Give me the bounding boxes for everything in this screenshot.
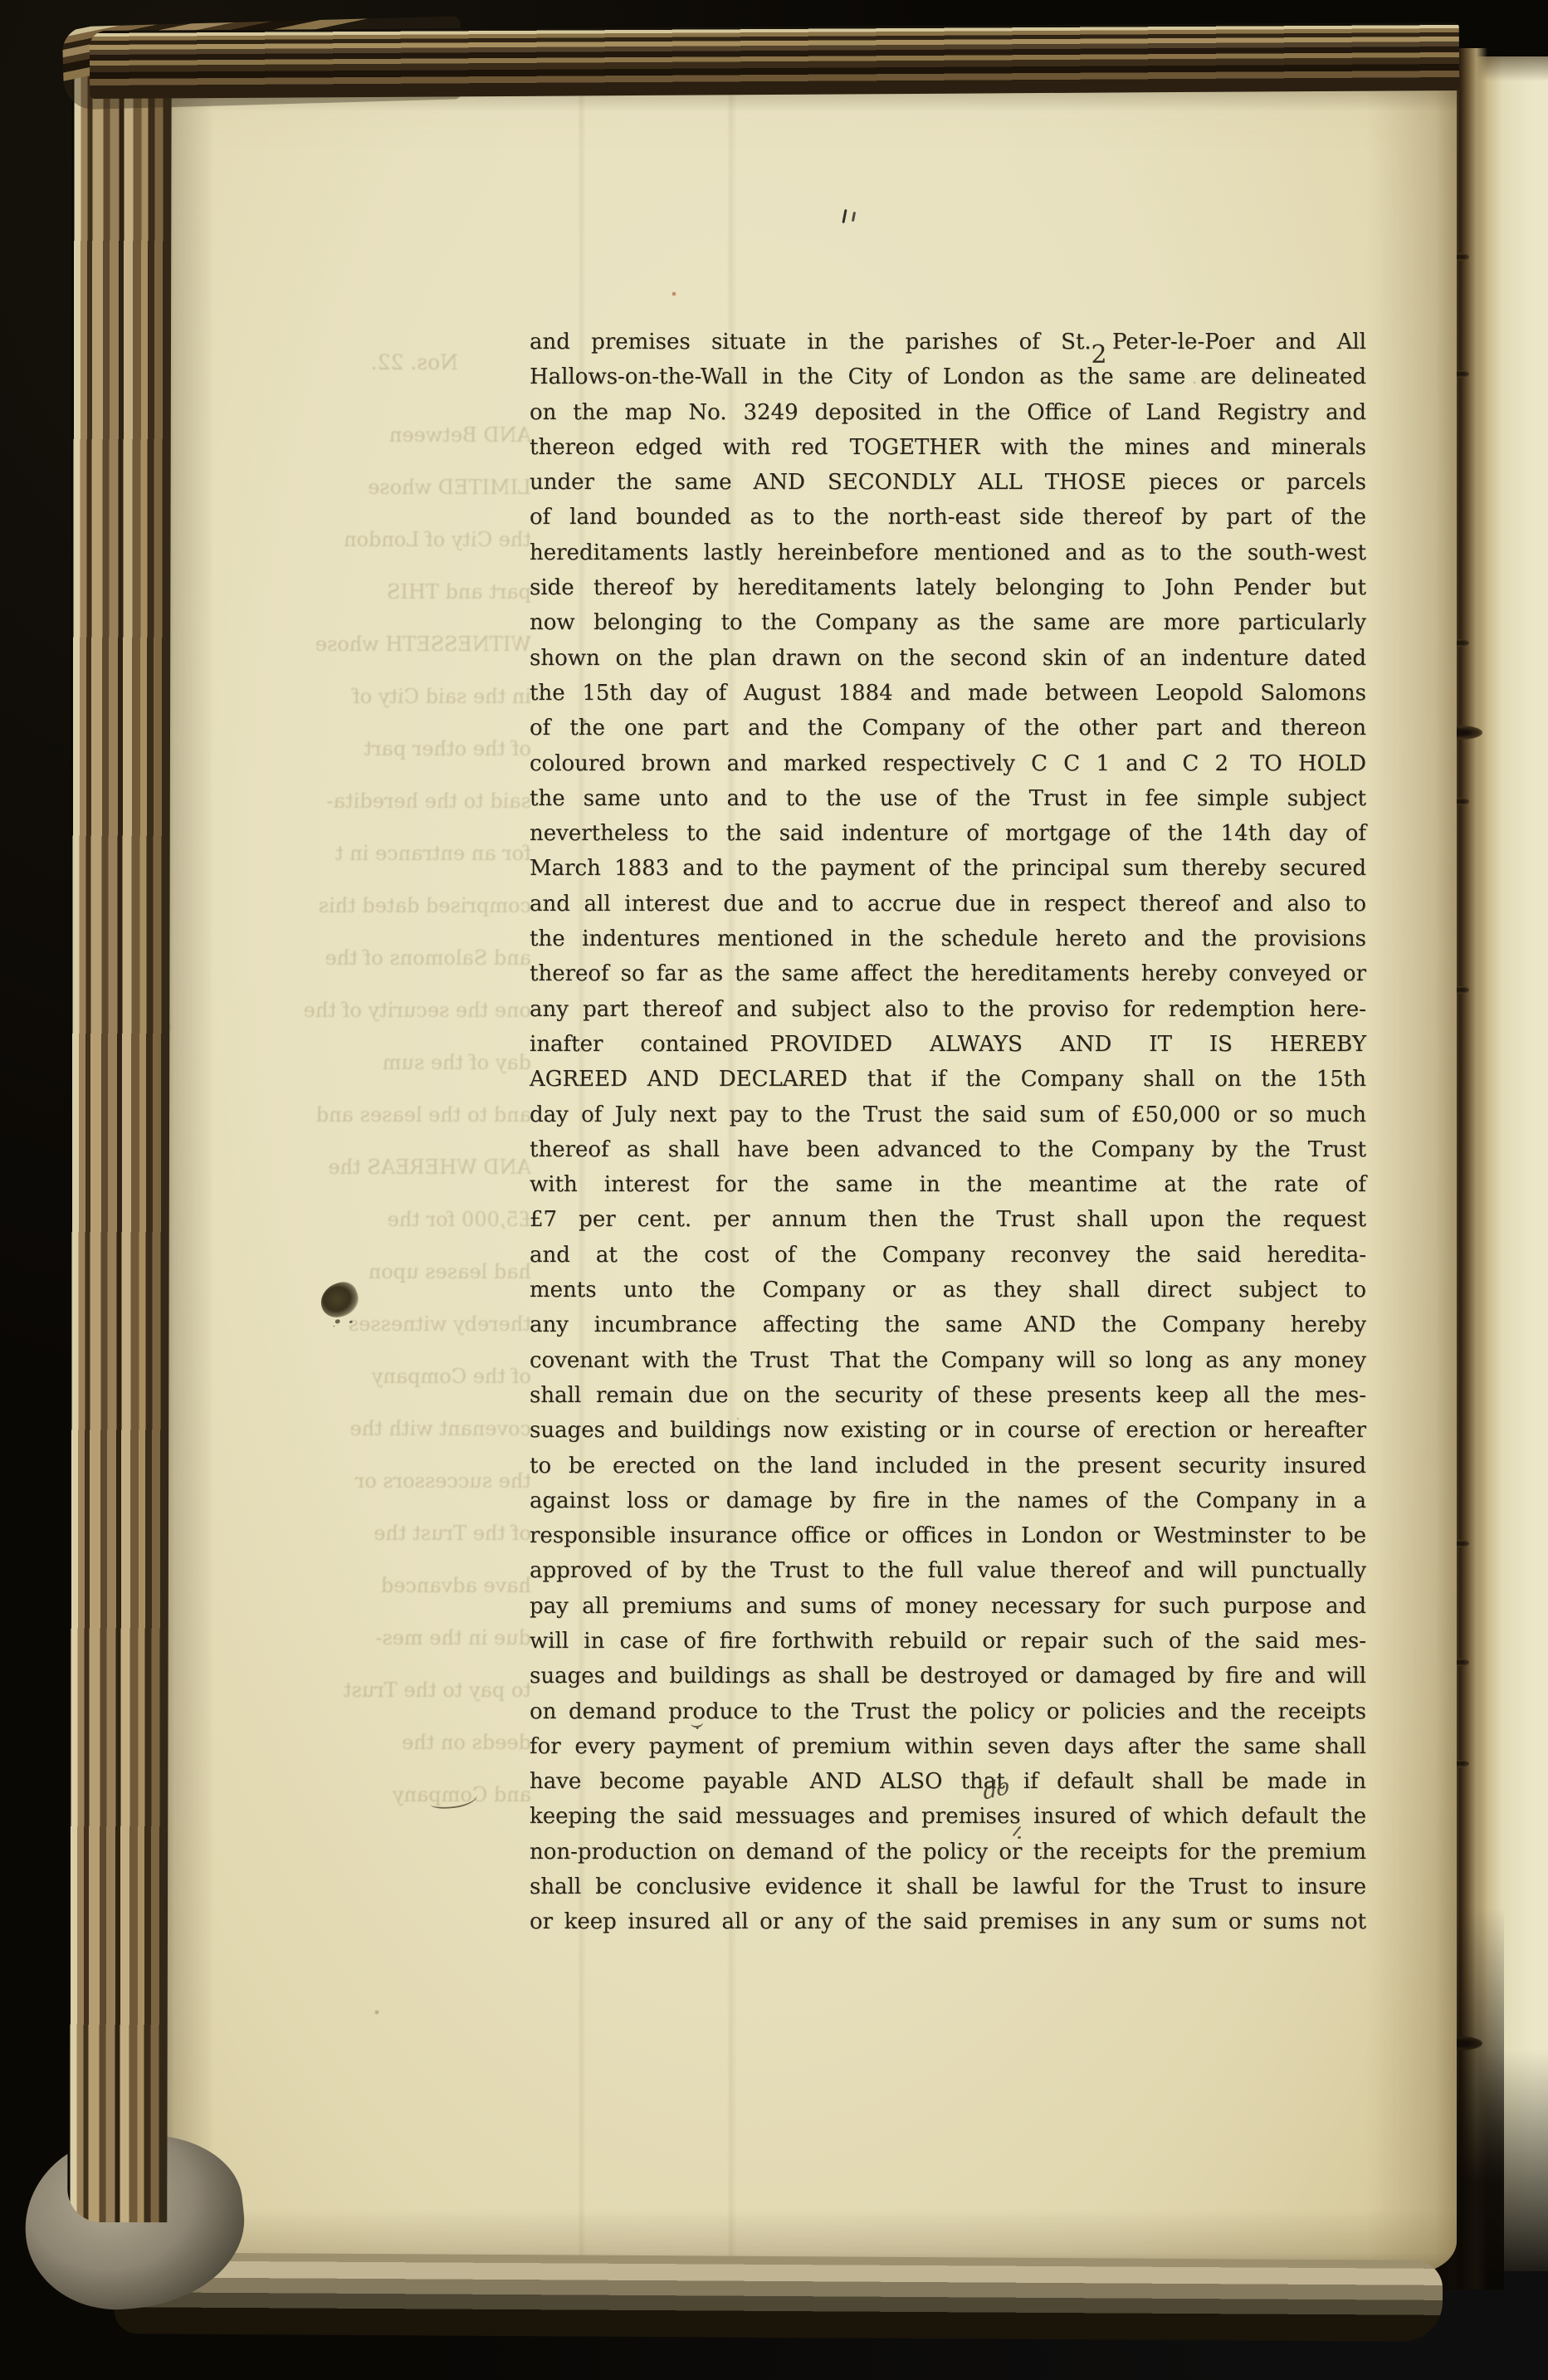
text-line: shall be conclusive evidence it shall be… — [530, 1869, 1366, 1904]
bleedthrough-line: have advanced — [239, 1560, 531, 1612]
text-line: suages and buildings as shall be destroy… — [530, 1659, 1366, 1693]
text-line: the indentures mentioned in the schedule… — [530, 921, 1366, 956]
bleedthrough-line: covenant with the — [239, 1403, 531, 1455]
book-scan: Nos. 22. AND BetweenLIMITED whosethe Cit… — [0, 0, 1548, 2380]
page-stack-left-edge — [67, 43, 171, 2222]
text-line: thereof so far as the same affect the he… — [530, 956, 1366, 991]
text-line: hereditaments lastly hereinbefore mentio… — [530, 535, 1366, 570]
text-line: suages and buildings now existing or in … — [530, 1413, 1366, 1448]
text-line: Hallows-on-the-Wall in the City of Londo… — [530, 359, 1366, 394]
bleedthrough-line: of the Company — [239, 1351, 531, 1403]
bleedthrough-line: and Company — [239, 1769, 531, 1821]
bleedthrough-line: day of the sum — [239, 1037, 531, 1089]
page-stack-top-edge — [90, 22, 1459, 99]
text-line: have become payable AND ALSO that if def… — [530, 1764, 1366, 1799]
bleedthrough-line: deeds on the — [239, 1717, 531, 1769]
bleedthrough-line: of the other part — [239, 723, 531, 775]
text-line: on demand produce to the Trust the polic… — [530, 1694, 1366, 1729]
text-line: of land bounded as to the north-east sid… — [530, 500, 1366, 535]
bleedthrough-line: and to the leases and — [239, 1089, 531, 1141]
text-line: and at the cost of the Company reconvey … — [530, 1238, 1366, 1273]
bleedthrough-line: WITNESSETH whose — [239, 618, 531, 671]
bleedthrough-line: had leases upon — [239, 1246, 531, 1298]
text-block: and premises situate in the parishes of … — [530, 325, 1366, 1940]
document-page: Nos. 22. AND BetweenLIMITED whosethe Cit… — [156, 73, 1457, 2275]
text-line: non-production on demand of the policy o… — [530, 1835, 1366, 1869]
text-line: under the same AND SECONDLY ALL THOSE pi… — [530, 465, 1366, 500]
bleedthrough-lines: AND BetweenLIMITED whosethe City of Lond… — [239, 409, 531, 1821]
bleedthrough-heading: Nos. 22. — [239, 350, 458, 374]
bleedthrough-line: comprised dated this — [239, 880, 531, 932]
text-line: thereof as shall have been advanced to t… — [530, 1132, 1366, 1167]
page-stack-bottom-edge — [115, 2252, 1443, 2342]
bleedthrough-line: AND WHEREAS the — [239, 1141, 531, 1194]
text-line: coloured brown and marked respectively C… — [530, 746, 1366, 781]
text-line: day of July next pay to the Trust the sa… — [530, 1097, 1366, 1132]
bleedthrough-line: to pay to the Trust — [239, 1664, 531, 1717]
text-line: to be erected on the land included in th… — [530, 1449, 1366, 1483]
text-line: now belonging to the Company as the same… — [530, 605, 1366, 640]
bleedthrough-line: thereby witnesses — [239, 1298, 531, 1351]
text-line: any incumbrance affecting the same AND t… — [530, 1307, 1366, 1342]
pencil-caret — [1009, 1830, 1023, 1842]
text-line: thereon edged with red TOGETHER with the… — [530, 430, 1366, 465]
text-line: will in case of fire forthwith rebuild o… — [530, 1624, 1366, 1659]
text-line: any part thereof and subject also to the… — [530, 992, 1366, 1027]
pen-stroke-marks — [843, 209, 863, 227]
text-line: and all interest due and to accrue due i… — [530, 887, 1366, 921]
text-line: of the one part and the Company of the o… — [530, 711, 1366, 745]
text-line: responsible insurance office or offices … — [530, 1518, 1366, 1553]
bleedthrough-line: for an entrance in t — [239, 828, 531, 880]
text-line: or keep insured all or any of the said p… — [530, 1904, 1366, 1939]
text-line: approved of by the Trust to the full val… — [530, 1553, 1366, 1588]
text-line: keeping the said messuages and premises … — [530, 1799, 1366, 1834]
text-line: for every payment of premium within seve… — [530, 1729, 1366, 1764]
bleedthrough-line: the City of London — [239, 514, 531, 566]
bleedthrough-line: in the said City of — [239, 671, 531, 723]
text-line: pay all premiums and sums of money neces… — [530, 1589, 1366, 1624]
text-line: with interest for the same in the meanti… — [530, 1167, 1366, 1202]
bleedthrough-line: part and THIS — [239, 566, 531, 618]
text-line: inafter contained PROVIDED ALWAYS AND IT… — [530, 1027, 1366, 1062]
text-line: £7 per cent. per annum then the Trust sh… — [530, 1202, 1366, 1237]
bleedthrough-line: said to the heredita- — [239, 775, 531, 828]
text-line: ments unto the Company or as they shall … — [530, 1273, 1366, 1307]
text-line: and premises situate in the parishes of … — [530, 325, 1366, 359]
bleedthrough-line: £5,000 for the — [239, 1194, 531, 1246]
text-line: covenant with the Trust That the Company… — [530, 1343, 1366, 1378]
bleedthrough-line: due in the mes- — [239, 1612, 531, 1664]
bleedthrough-line: LIMITED whose — [239, 462, 531, 514]
text-line: the same unto and to the use of the Trus… — [530, 781, 1366, 816]
text-line: on the map No. 3249 deposited in the Off… — [530, 395, 1366, 430]
text-line: shall remain due on the security of thes… — [530, 1378, 1366, 1413]
bleedthrough-line: the successors or — [239, 1455, 531, 1508]
bleedthrough-line: AND Between — [239, 409, 531, 462]
text-line: side thereof by hereditaments lately bel… — [530, 570, 1366, 605]
bleedthrough-text: Nos. 22. AND BetweenLIMITED whosethe Cit… — [239, 347, 531, 1978]
text-line: against loss or damage by fire in the na… — [530, 1483, 1366, 1518]
bleedthrough-line: one the security of the — [239, 985, 531, 1037]
bleedthrough-line: and Salomons of the — [239, 932, 531, 985]
text-line: nevertheless to the said indenture of mo… — [530, 816, 1366, 851]
text-line: March 1883 and to the payment of the pri… — [530, 851, 1366, 886]
text-line: AGREED AND DECLARED that if the Company … — [530, 1062, 1366, 1097]
text-line: the 15th day of August 1884 and made bet… — [530, 676, 1366, 711]
bleedthrough-line: of the Trust the — [239, 1508, 531, 1560]
text-line: shown on the plan drawn on the second sk… — [530, 641, 1366, 676]
